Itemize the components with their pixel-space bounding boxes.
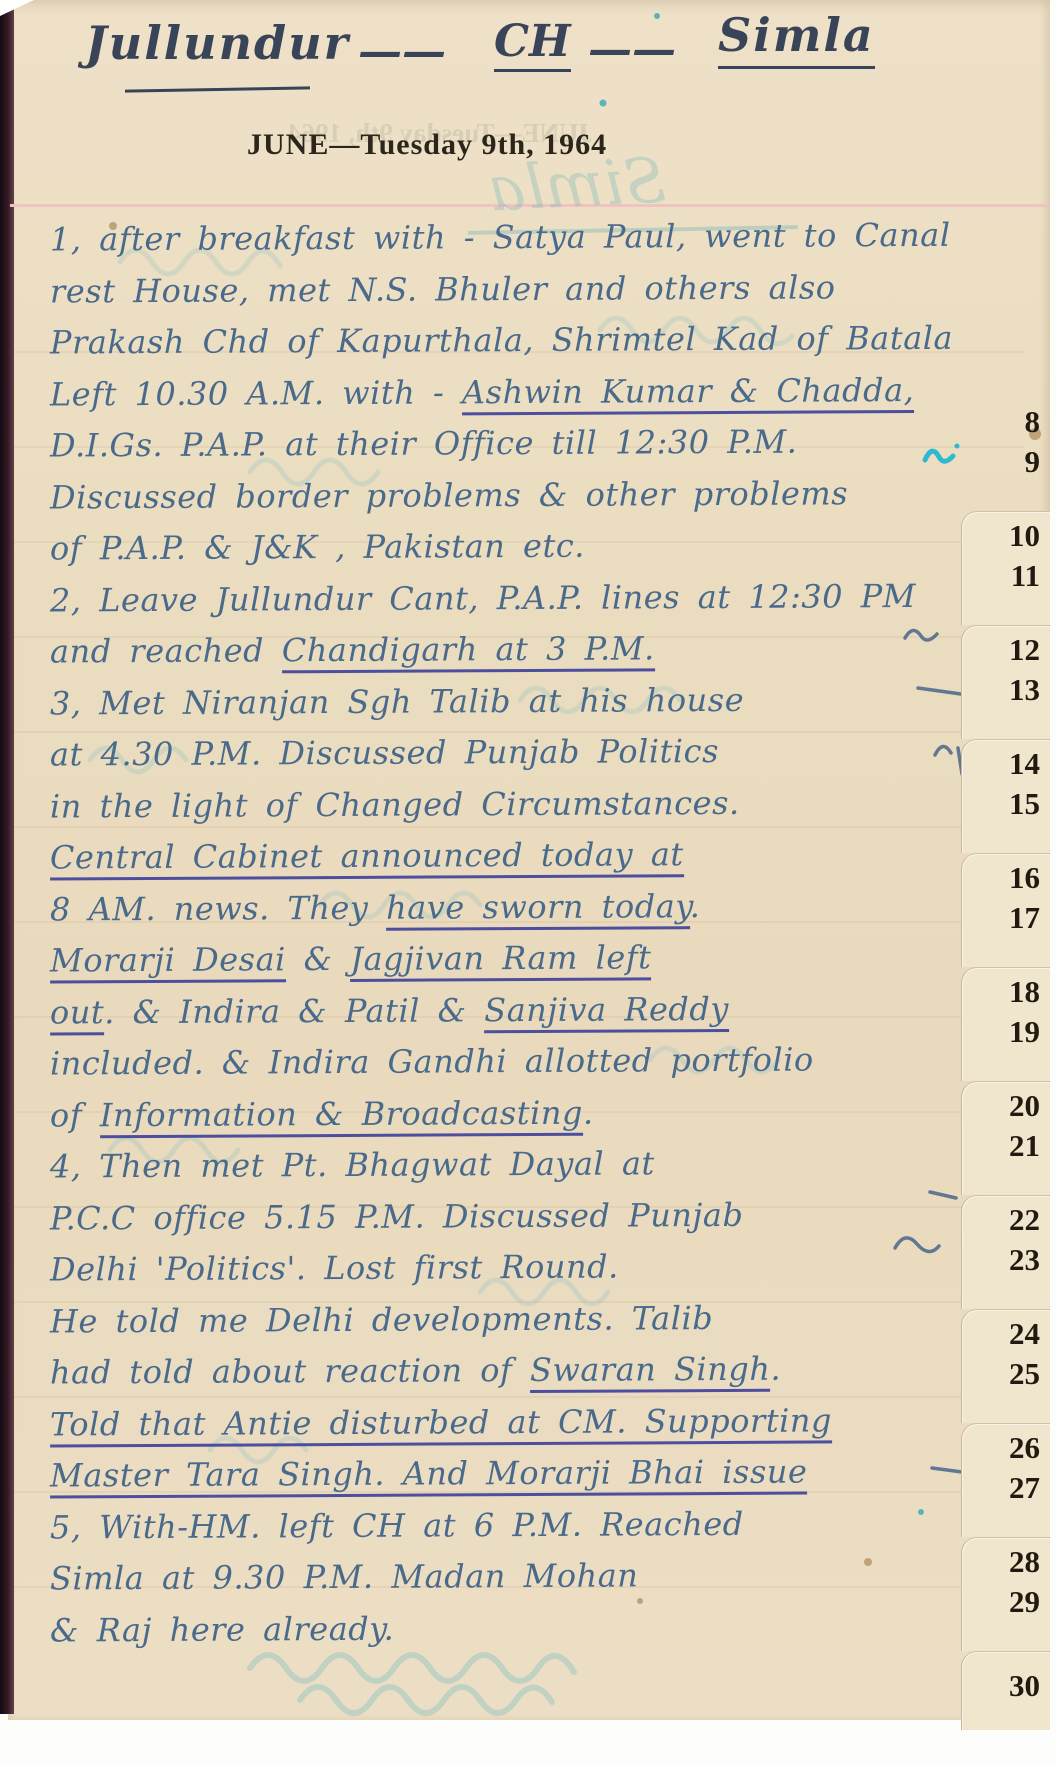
date-tab: 1011	[961, 511, 1050, 625]
diary-line: of Information & Broadcasting.	[50, 1085, 1010, 1142]
date-tab-column: 8910111213141516171819202122232425262728…	[961, 398, 1050, 1730]
diary-line: Left 10.30 A.M. with - Ashwin Kumar & Ch…	[50, 364, 1010, 421]
handwriting: of P.A.P. & J&K , Pakistan etc.	[50, 527, 585, 568]
diary-line: at 4.30 P.M. Discussed Punjab Politics	[50, 724, 1010, 781]
diary-line: in the light of Changed Circumstances.	[50, 776, 1010, 833]
handwriting: included. & Indira Gandhi allotted portf…	[50, 1041, 814, 1083]
date-tab-number: 9	[1025, 446, 1041, 477]
handwriting: .	[690, 887, 701, 925]
handwriting: .	[770, 1350, 781, 1388]
date-tab: 1819	[961, 967, 1050, 1081]
diary-line: Central Cabinet announced today at	[50, 827, 1010, 884]
date-tab: 30	[961, 1651, 1050, 1730]
handwriting: at 4.30 P.M. Discussed Punjab Politics	[50, 732, 719, 774]
diary-line: Delhi 'Politics'. Lost first Round.	[50, 1239, 1010, 1296]
diary-line: He told me Delhi developments. Talib	[50, 1291, 1010, 1348]
diary-line: & Raj here already.	[50, 1600, 1010, 1657]
printed-date-heading: JUNE—Tuesday 9th, 1964	[247, 128, 607, 162]
date-tab-number: 28	[1009, 1546, 1040, 1577]
underlined-handwriting: Jagjivan Ram left	[350, 938, 651, 982]
date-tab-number: 25	[1009, 1358, 1040, 1389]
route-dash-2: ——	[588, 24, 676, 75]
route-to: Simla	[718, 8, 875, 69]
date-tab: 2425	[961, 1309, 1050, 1423]
handwriting: Discussed border problems & other proble…	[50, 474, 848, 516]
handwriting: 5, With-HM. left CH at 6 P.M. Reached	[50, 1504, 744, 1546]
diary-line: P.C.C office 5.15 P.M. Discussed Punjab	[50, 1188, 1010, 1245]
underlined-handwriting: have sworn today	[386, 887, 690, 931]
date-tab: 2829	[961, 1537, 1050, 1651]
underlined-handwriting: Swaran Singh	[530, 1350, 771, 1393]
date-tab-number: 20	[1009, 1090, 1040, 1121]
date-tab: 2021	[961, 1081, 1050, 1195]
diary-line: 3, Met Niranjan Sgh Talib at his house	[50, 673, 1010, 730]
diary-line: D.I.Gs. P.A.P. at their Office till 12:3…	[50, 415, 1010, 472]
underlined-handwriting: Information & Broadcasting	[100, 1093, 583, 1138]
handwriting: & Raj here already.	[50, 1609, 394, 1649]
handwriting: 1, after breakfast with - Satya Paul, we…	[50, 216, 951, 259]
handwriting: .	[583, 1093, 594, 1131]
handwriting: 3, Met Niranjan Sgh Talib at his house	[50, 680, 744, 722]
date-tab-number: 10	[1009, 520, 1040, 551]
handwriting: 4, Then met Pt. Bhagwat Dayal at	[50, 1144, 655, 1185]
date-tab-number: 13	[1009, 674, 1040, 705]
underlined-handwriting: Central Cabinet announced today at	[50, 835, 684, 880]
diary-line: Told that Antie disturbed at CM. Support…	[50, 1394, 1010, 1451]
handwriting: Prakash Chd of Kapurthala, Shrimtel Kad …	[50, 319, 953, 362]
diary-line: Simla at 9.30 P.M. Madan Mohan	[50, 1548, 1010, 1605]
underlined-handwriting: Sanjiva Reddy	[484, 989, 729, 1032]
date-tab-number: 15	[1009, 788, 1040, 819]
underlined-handwriting: out	[50, 993, 104, 1035]
date-tab-number: 22	[1009, 1204, 1040, 1235]
route-via: CH	[494, 16, 571, 72]
underlined-handwriting: Ashwin Kumar & Chadda,	[462, 370, 915, 414]
diary-line: and reached Chandigarh at 3 P.M.	[50, 621, 1010, 678]
diary-line: 8 AM. news. They have sworn today.	[50, 879, 1010, 936]
underlined-handwriting: Morarji Desai	[50, 940, 286, 983]
route-dash-1: ——	[358, 26, 446, 77]
diary-line: out. & Indira & Patil & Sanjiva Reddy	[50, 982, 1010, 1039]
underlined-handwriting: Chandigarh at 3 P.M.	[282, 629, 655, 673]
handwriting: Simla at 9.30 P.M. Madan Mohan	[50, 1556, 639, 1597]
diary-line: included. & Indira Gandhi allotted portf…	[50, 1033, 1010, 1090]
date-tab-number: 30	[1009, 1670, 1040, 1701]
date-tab-number: 26	[1009, 1432, 1040, 1463]
handwriting: Left 10.30 A.M. with -	[50, 373, 462, 413]
date-tab-number: 11	[1011, 560, 1040, 591]
underlined-handwriting: Master Tara Singh. And Morarji Bhai issu…	[50, 1453, 808, 1499]
diary-line: of P.A.P. & J&K , Pakistan etc.	[50, 518, 1010, 575]
date-tab: 2223	[961, 1195, 1050, 1309]
date-tab: 89	[961, 398, 1050, 511]
route-from-underline	[125, 86, 310, 92]
date-tab: 2627	[961, 1423, 1050, 1537]
handwriting: &	[286, 940, 351, 978]
diary-line: Morarji Desai & Jagjivan Ram left	[50, 930, 1010, 987]
date-tab: 1213	[961, 625, 1050, 739]
diary-page-scan: JUNE—Tuesday 9th, 1964 Simla	[0, 0, 1057, 1765]
handwriting: . & Indira & Patil &	[104, 991, 484, 1031]
date-tab-number: 23	[1009, 1244, 1040, 1275]
date-tab-number: 14	[1009, 748, 1040, 779]
date-tab-number: 16	[1009, 862, 1040, 893]
date-tab: 1415	[961, 739, 1050, 853]
handwriting: 8 AM. news. They	[50, 888, 386, 928]
diary-line: 5, With-HM. left CH at 6 P.M. Reached	[50, 1497, 1010, 1554]
date-tab-number: 17	[1009, 902, 1040, 933]
date-tab-number: 29	[1009, 1586, 1040, 1617]
route-from: Jullundur	[85, 16, 350, 70]
route-header: Jullundur —— CH —— Simla	[0, 0, 1057, 110]
date-tab-number: 12	[1009, 634, 1040, 665]
handwriting: in the light of Changed Circumstances.	[50, 783, 740, 825]
diary-line: Prakash Chd of Kapurthala, Shrimtel Kad …	[50, 312, 1010, 369]
diary-line: had told about reaction of Swaran Singh.	[50, 1342, 1010, 1399]
handwriting: of	[50, 1096, 100, 1134]
date-tab-number: 8	[1025, 406, 1041, 437]
binding-spine	[0, 0, 14, 1714]
handwriting: rest House, met N.S. Bhuler and others a…	[50, 268, 836, 310]
date-tab-number: 21	[1009, 1130, 1040, 1161]
date-tab-number: 19	[1009, 1016, 1040, 1047]
handwriting: D.I.Gs. P.A.P. at their Office till 12:3…	[50, 423, 798, 465]
diary-line: 2, Leave Jullundur Cant, P.A.P. lines at…	[50, 570, 1010, 627]
underlined-handwriting: Told that Antie disturbed at CM. Support…	[50, 1401, 832, 1447]
diary-entries: 1, after breakfast with - Satya Paul, we…	[50, 212, 1010, 1654]
diary-line: 1, after breakfast with - Satya Paul, we…	[50, 209, 1010, 266]
diary-line: 4, Then met Pt. Bhagwat Dayal at	[50, 1136, 1010, 1193]
diary-line: rest House, met N.S. Bhuler and others a…	[50, 261, 1010, 318]
date-tab-number: 24	[1009, 1318, 1040, 1349]
handwriting: and reached	[50, 631, 282, 670]
diary-line: Master Tara Singh. And Morarji Bhai issu…	[50, 1445, 1010, 1502]
handwriting: had told about reaction of	[50, 1351, 530, 1392]
handwriting: Delhi 'Politics'. Lost first Round.	[50, 1248, 619, 1289]
diary-line: Discussed border problems & other proble…	[50, 467, 1010, 524]
handwriting: P.C.C office 5.15 P.M. Discussed Punjab	[50, 1195, 744, 1237]
date-tab-number: 18	[1009, 976, 1040, 1007]
handwriting: 2, Leave Jullundur Cant, P.A.P. lines at…	[50, 576, 916, 619]
handwriting: He told me Delhi developments. Talib	[50, 1299, 713, 1340]
date-tab-number: 27	[1009, 1472, 1040, 1503]
date-tab: 1617	[961, 853, 1050, 967]
